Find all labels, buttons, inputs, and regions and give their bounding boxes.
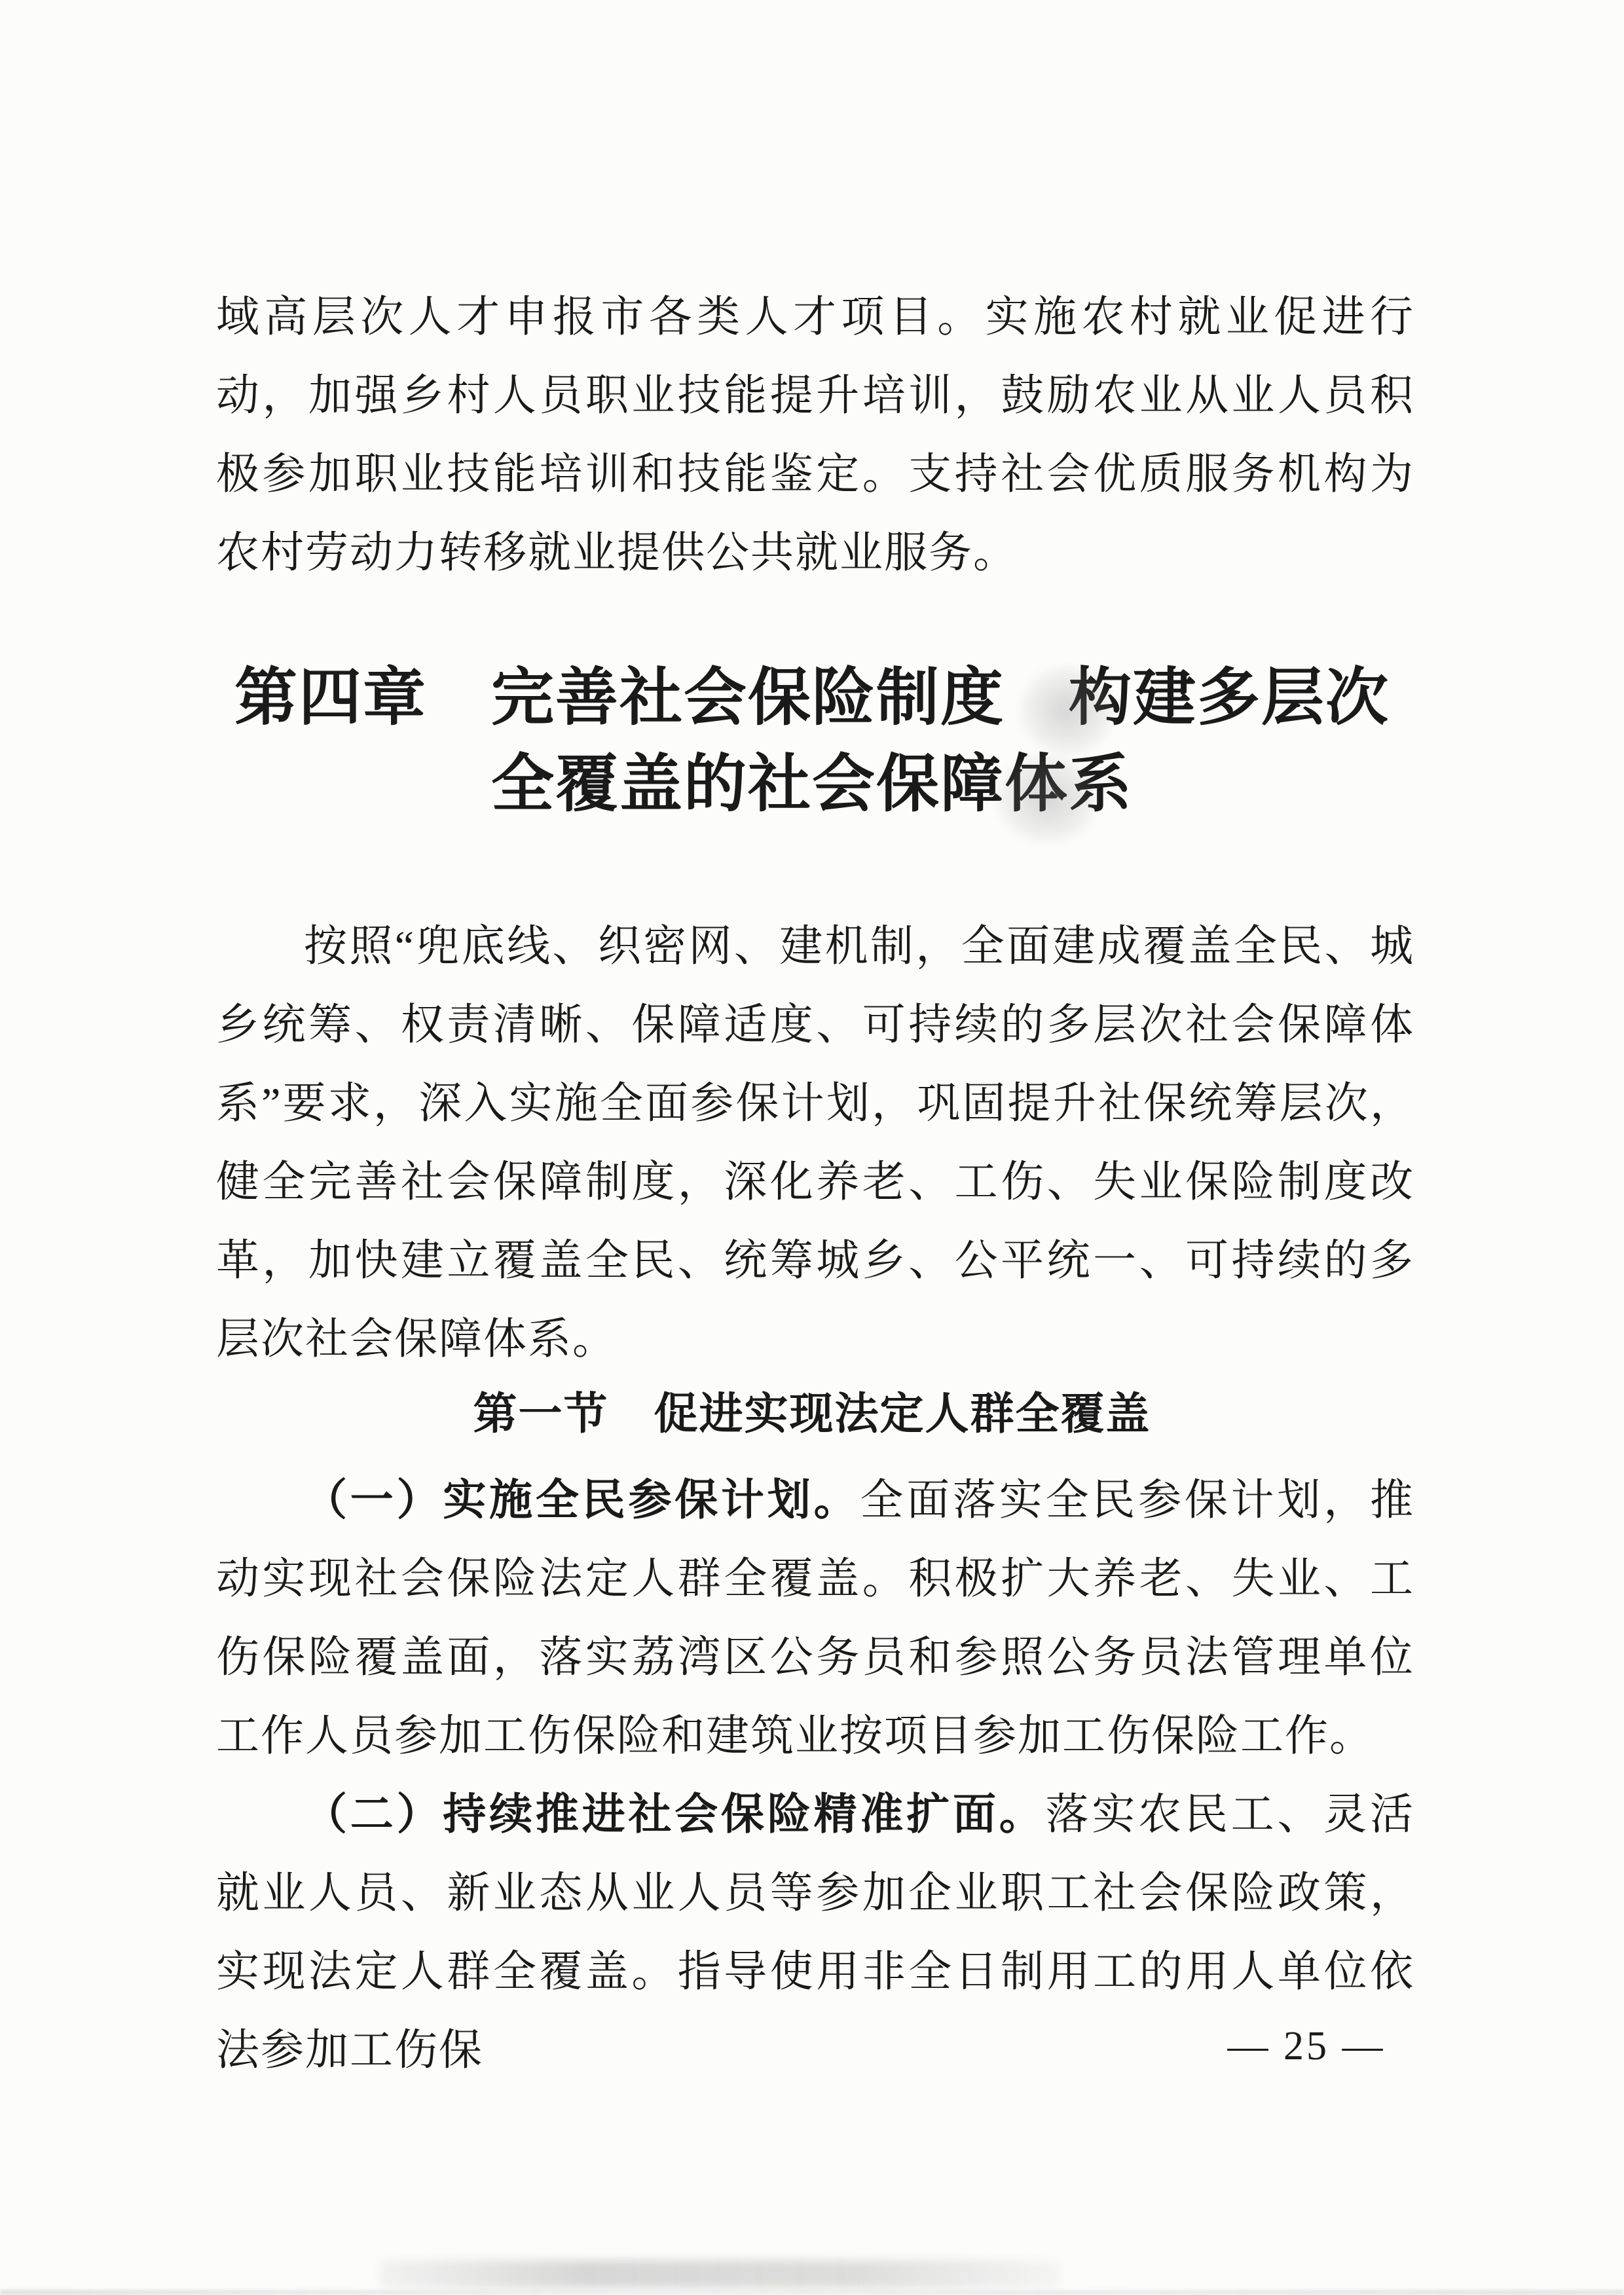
item-2-lead: （二）持续推进社会保险精准扩面。 <box>304 1790 1046 1838</box>
section-heading: 第一节 促进实现法定人群全覆盖 <box>0 1375 1624 1454</box>
item-1-paragraph: （一）实施全民参保计划。全面落实全民参保计划，推动实现社会保险法定人群全覆盖。积… <box>216 1460 1414 1776</box>
paragraph-continuation: 域高层次人才申报市各类人才项目。实施农村就业促进行动，加强乡村人员职业技能提升培… <box>216 278 1414 593</box>
intro-paragraph: 按照“兜底线、织密网、建机制，全面建成覆盖全民、城乡统筹、权责清晰、保障适度、可… <box>216 908 1414 1379</box>
scan-artifact <box>380 2260 1061 2288</box>
scan-artifact <box>0 2290 1624 2295</box>
item-1-lead: （一）实施全民参保计划。 <box>304 1475 860 1524</box>
page-number: — 25 — <box>1208 2020 1405 2072</box>
chapter-heading: 第四章 完善社会保险制度 构建多层次 全覆盖的社会保障体系 <box>0 655 1624 828</box>
document-page: 域高层次人才申报市各类人才项目。实施农村就业促进行动，加强乡村人员职业技能提升培… <box>0 0 1624 2295</box>
chapter-heading-line1: 第四章 完善社会保险制度 构建多层次 <box>0 655 1624 741</box>
chapter-heading-line2: 全覆盖的社会保障体系 <box>0 741 1624 828</box>
